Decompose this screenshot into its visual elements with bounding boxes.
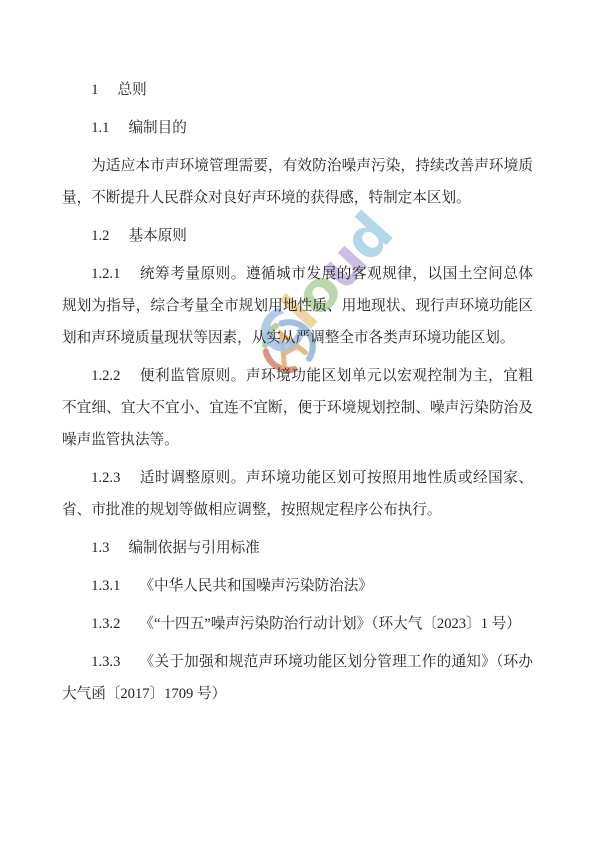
clause-number: 1.2.2 — [91, 368, 120, 384]
clause-text: 编制目的 — [128, 120, 186, 136]
clause-number: 1.2.1 — [91, 266, 120, 282]
heading-basis-and-standards: 1.3编制依据与引用标准 — [62, 532, 533, 564]
clause-number: 1.1 — [91, 120, 109, 136]
clause-number: 1.3.2 — [91, 616, 120, 632]
clause-number: 1.2.3 — [91, 470, 120, 486]
clause-text: 总则 — [117, 82, 146, 98]
reference-noise-pollution-law: 1.3.1《中华人民共和国噪声污染防治法》 — [62, 570, 533, 602]
clause-overall-consideration-principle: 1.2.1统筹考量原则。遵循城市发展的客观规律，以国土空间总体规划为指导，综合考… — [62, 258, 533, 354]
clause-number: 1.3.3 — [91, 654, 120, 670]
clause-text: 便利监管原则。声环境功能区划单元以宏观控制为主，宜粗不宜细、宜大不宜小、宜连不宜… — [62, 368, 533, 448]
section-heading-general-provisions: 1总则 — [62, 74, 533, 106]
heading-basic-principles: 1.2基本原则 — [62, 220, 533, 252]
reference-function-zoning-notice: 1.3.3《关于加强和规范声环境功能区划分管理工作的通知》（环办大气函〔2017… — [62, 646, 533, 710]
paragraph-purpose-body: 为适应本市声环境管理需要，有效防治噪声污染，持续改善声环境质量，不断提升人民群众… — [62, 150, 533, 214]
clause-text: 统筹考量原则。遵循城市发展的客观规律，以国土空间总体规划为指导，综合考量全市规划… — [62, 266, 533, 346]
clause-text: 《“十四五”噪声污染防治行动计划》（环大气〔2023〕1 号） — [139, 616, 520, 632]
clause-text: 《关于加强和规范声环境功能区划分管理工作的通知》（环办大气函〔2017〕1709… — [62, 654, 533, 702]
clause-convenient-supervision-principle: 1.2.2便利监管原则。声环境功能区划单元以宏观控制为主，宜粗不宜细、宜大不宜小… — [62, 360, 533, 456]
clause-text: 基本原则 — [128, 228, 186, 244]
heading-compilation-purpose: 1.1编制目的 — [62, 112, 533, 144]
reference-14th-five-year-action-plan: 1.3.2《“十四五”噪声污染防治行动计划》（环大气〔2023〕1 号） — [62, 608, 533, 640]
clause-timely-adjustment-principle: 1.2.3适时调整原则。声环境功能区划可按照用地性质或经国家、省、市批准的规划等… — [62, 462, 533, 526]
clause-number: 1.3 — [91, 540, 109, 556]
document-body: 1总则 1.1编制目的 为适应本市声环境管理需要，有效防治噪声污染，持续改善声环… — [0, 0, 595, 841]
clause-text: 适时调整原则。声环境功能区划可按照用地性质或经国家、省、市批准的规划等做相应调整… — [62, 470, 533, 518]
clause-text: 编制依据与引用标准 — [128, 540, 259, 556]
clause-text: 为适应本市声环境管理需要，有效防治噪声污染，持续改善声环境质量，不断提升人民群众… — [62, 158, 533, 206]
clause-text: 《中华人民共和国噪声污染防治法》 — [139, 578, 373, 594]
document-page: Cloud 1总则 1.1编制目的 为适应本市声环境管理需要，有效防治噪声污染，… — [0, 0, 595, 841]
clause-number: 1 — [91, 82, 98, 98]
clause-number: 1.2 — [91, 228, 109, 244]
clause-number: 1.3.1 — [91, 578, 120, 594]
